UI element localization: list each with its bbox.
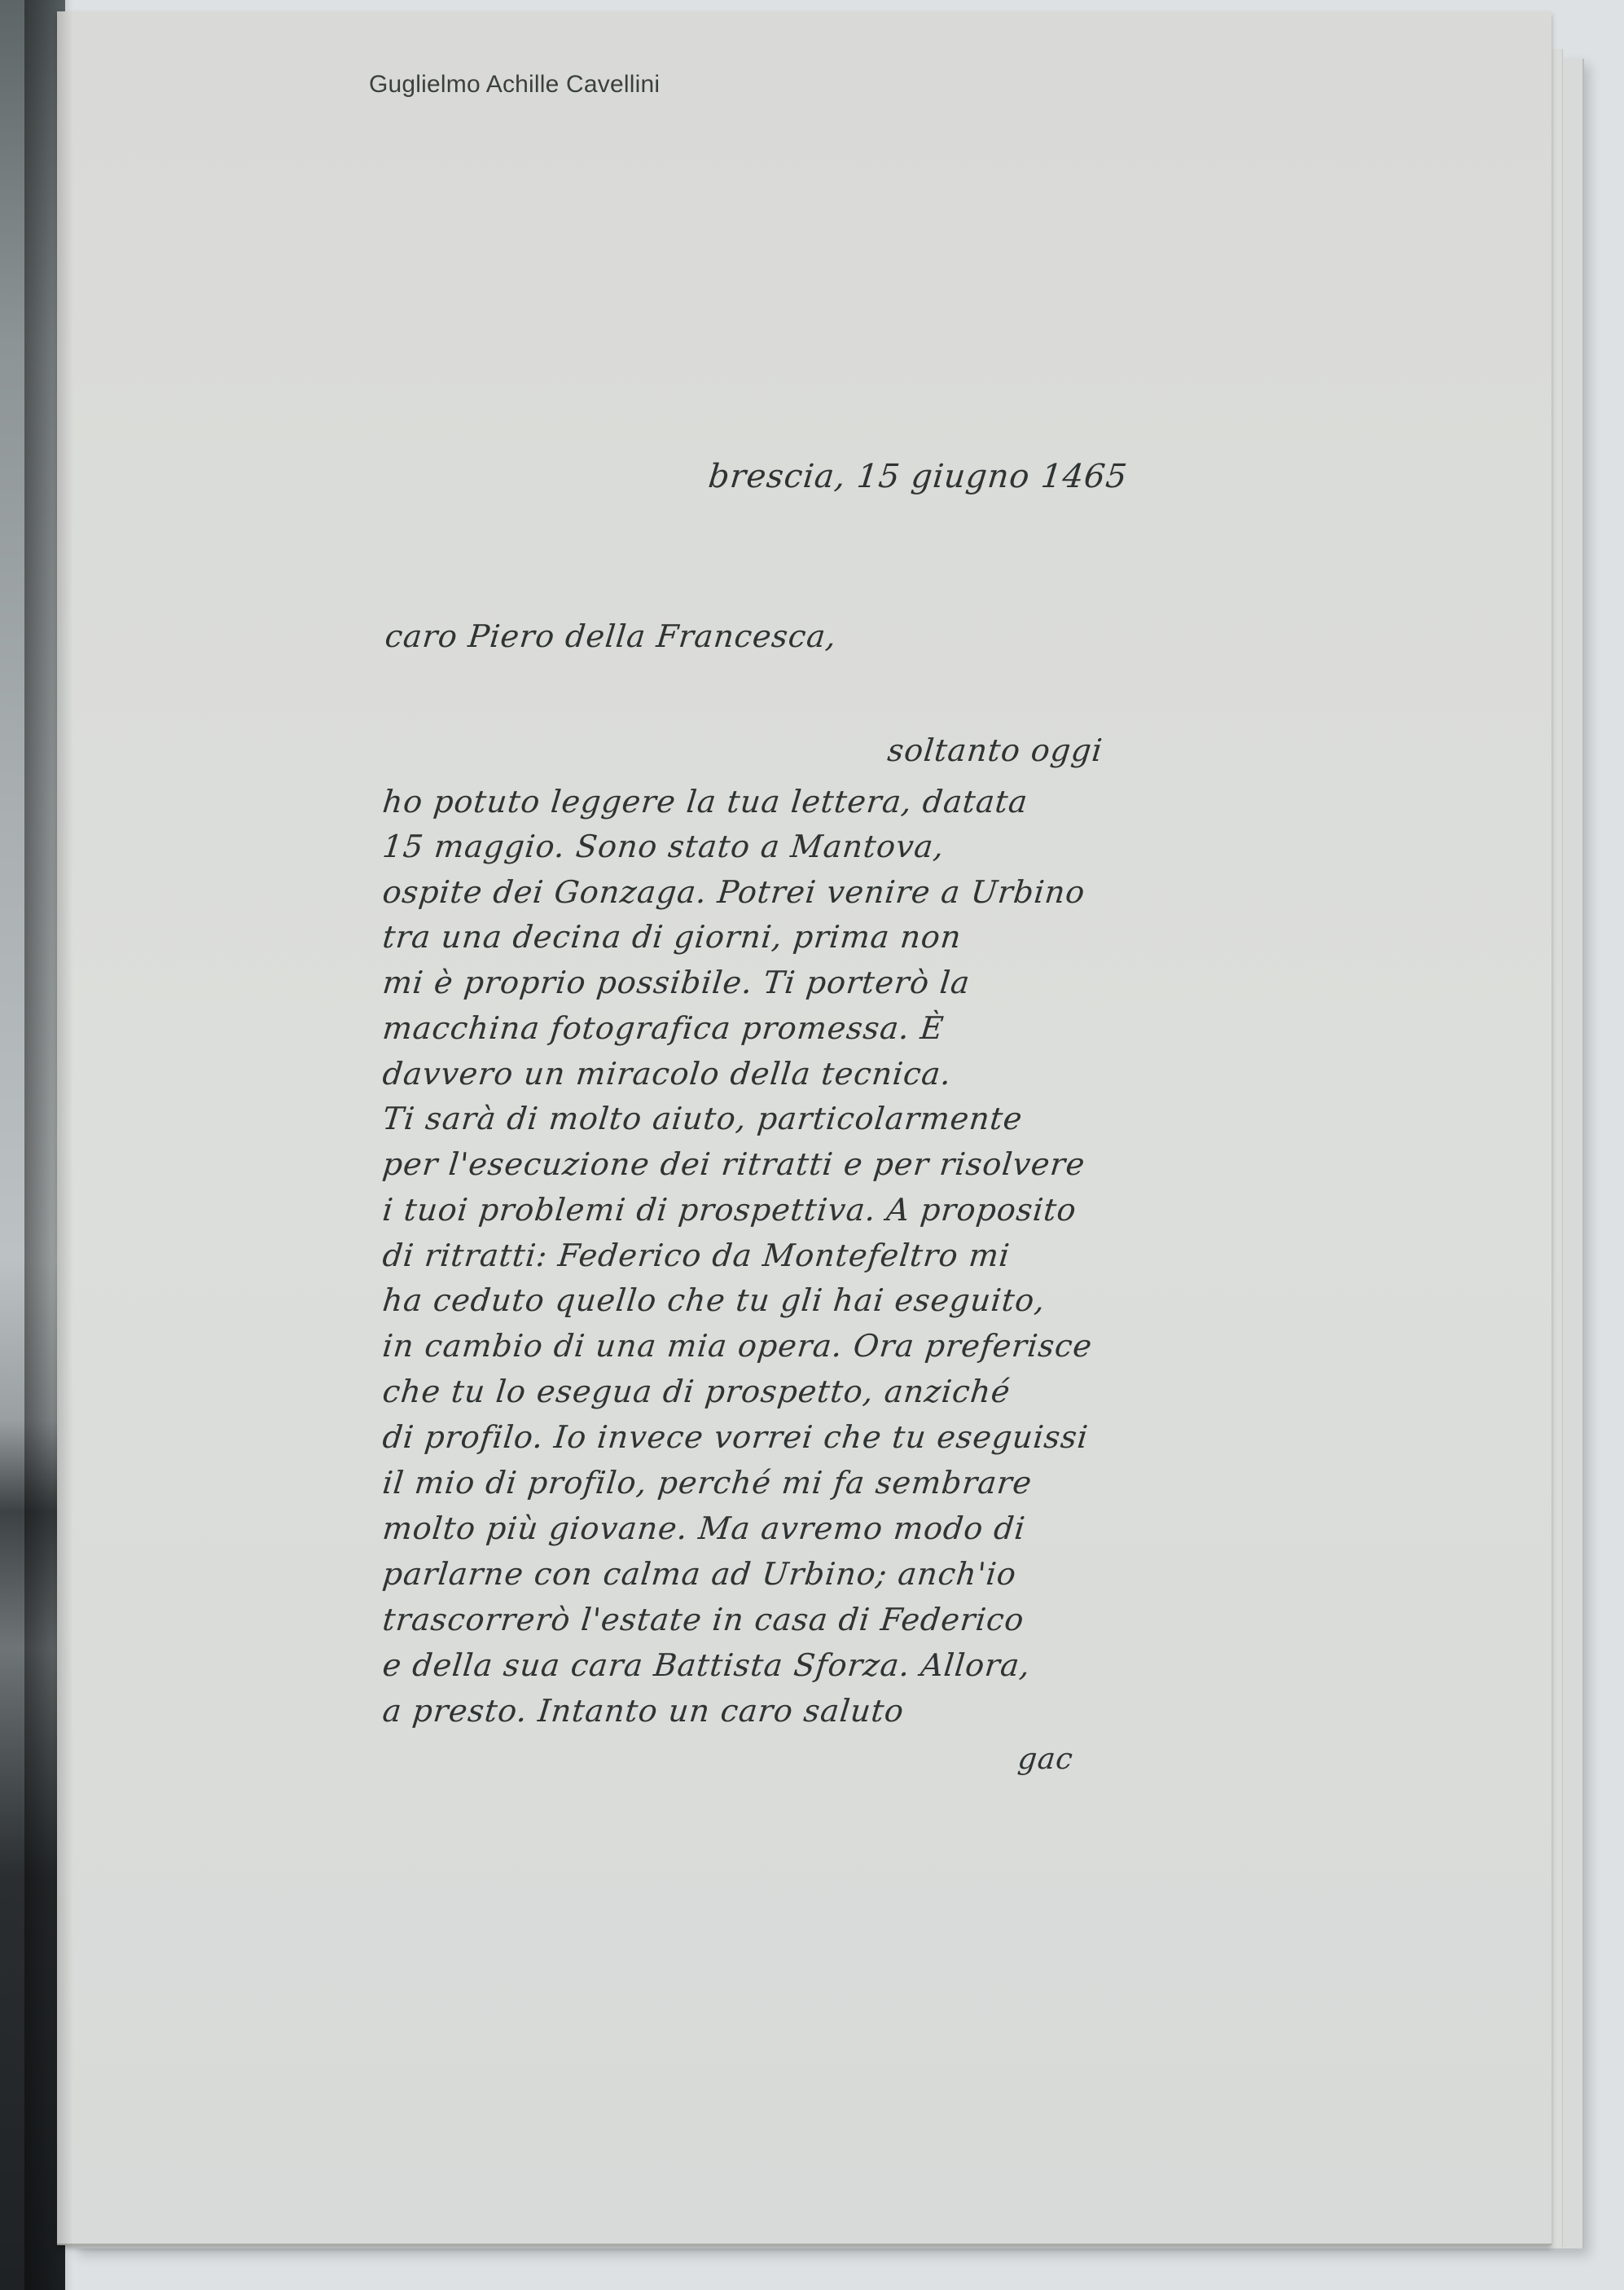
letter-line: macchina fotografica promessa. È bbox=[381, 1010, 946, 1046]
letter-line: e della sua cara Battista Sforza. Allora… bbox=[381, 1647, 1033, 1683]
letter-line: trascorrerò l'estate in casa di Federico bbox=[381, 1602, 1026, 1637]
letter-line: ha ceduto quello che tu gli hai eseguito… bbox=[381, 1282, 1047, 1318]
letter-line: tra una decina di giorni, prima non bbox=[381, 919, 963, 955]
letter-line: i tuoi problemi di prospettiva. A propos… bbox=[381, 1192, 1078, 1228]
letter-line: davvero un miracolo della tecnica. bbox=[381, 1056, 954, 1092]
letter-signature: gac bbox=[1016, 1743, 1075, 1776]
letter-line: il mio di profilo, perché mi fa sembrare bbox=[381, 1465, 1034, 1501]
letter-line: parlarne con calma ad Urbino; anch'io bbox=[381, 1556, 1019, 1592]
letter-line: ho potuto leggere la tua lettera, datata bbox=[381, 784, 1030, 820]
letter-line: molto più giovane. Ma avremo modo di bbox=[381, 1510, 1028, 1546]
letter-line: a presto. Intanto un caro saluto bbox=[381, 1693, 906, 1729]
letter-line: mi è proprio possibile. Ti porterò la bbox=[381, 965, 972, 1000]
letter-line: Ti sarà di molto aiuto, particolarmente bbox=[381, 1101, 1025, 1136]
handwritten-letter: brescia, 15 giugno 1465 caro Piero della… bbox=[57, 11, 1552, 2244]
letter-place-date: brescia, 15 giugno 1465 bbox=[707, 458, 1130, 495]
letter-line: di profilo. Io invece vorrei che tu eseg… bbox=[381, 1419, 1091, 1455]
letter-line: 15 maggio. Sono stato a Mantova, bbox=[381, 829, 946, 864]
letter-line: per l'esecuzione dei ritratti e per riso… bbox=[381, 1146, 1087, 1182]
letter-line: in cambio di una mia opera. Ora preferis… bbox=[381, 1328, 1095, 1364]
letter-line: che tu lo esegua di prospetto, anziché bbox=[381, 1374, 1012, 1409]
document-page: Guglielmo Achille Cavellini brescia, 15 … bbox=[57, 11, 1552, 2245]
letter-line: ospite dei Gonzaga. Potrei venire a Urbi… bbox=[381, 874, 1087, 910]
letter-line: di ritratti: Federico da Montefeltro mi bbox=[381, 1237, 1012, 1273]
letter-opening: soltanto oggi bbox=[886, 732, 1104, 768]
letter-salutation: caro Piero della Francesca, bbox=[384, 618, 839, 654]
binding-gutter-shadow bbox=[24, 0, 73, 2290]
